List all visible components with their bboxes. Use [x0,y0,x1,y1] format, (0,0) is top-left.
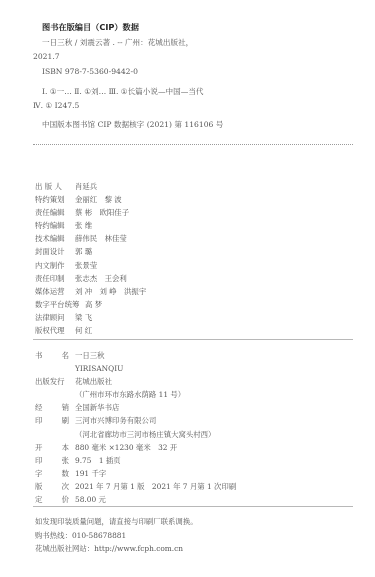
credit-value: 高 梦 [85,298,102,311]
credit-row: 数字平台统筹高 梦 [35,298,146,311]
info-row-printer-address: （河北省廊坊市三河市杨庄镇大窝头村西） [35,428,236,441]
info-row-edition: 版次2021 年 7 月第 1 版 2021 年 7 月第 1 次印刷 [35,480,236,493]
info-row-pinyin: YIRISANQIU [35,362,236,375]
info-label: 印 [35,454,42,467]
distributor: 全国新华书店 [75,401,119,414]
info-label: 刷 [62,414,69,427]
credit-row: 出 版 人肖延兵 [35,180,146,193]
info-row-publisher-address: （广州市环市东路水荫路 11 号） [35,388,236,401]
info-label: 定 [35,493,42,506]
credit-value: 张景莹 [75,259,97,272]
printed-sheets: 9.75 1 插页 [75,454,121,467]
format: 880 毫米 ×1230 毫米 32 开 [75,441,177,454]
credit-row: 版权代理何 红 [35,324,146,337]
footer-notes: 如发现印装质量问题，请直接与印刷厂联系调换。 购书热线：010-58678881… [35,515,198,556]
info-label: 书 [35,349,42,362]
credit-label: 技术编辑 [35,232,75,245]
credit-value: 肖延兵 [75,180,97,193]
price: 58.00 元 [75,493,106,506]
credit-value: 张志杰 王会利 [75,272,127,285]
cip-classification-2: Ⅳ. ① I247.5 [33,101,79,110]
info-row-format: 开本880 毫米 ×1230 毫米 32 开 [35,441,236,454]
credit-value: 刘 冲 刘 峥 洪振宇 [75,285,146,298]
info-row-publisher: 出版发行花城出版社 [35,375,236,388]
credit-row: 技术编辑薛伟民 林佳莹 [35,232,146,245]
publisher-address: （广州市环市东路水荫路 11 号） [75,388,185,401]
publisher-website: 花城出版社网站：http://www.fcph.com.cn [35,542,198,556]
copyright-page: 图书在版编目（CIP）数据 一日三秋 / 刘震云著 . -- 广州：花城出版社，… [0,0,375,577]
book-title: 一日三秋 [75,349,105,362]
info-label: 本 [62,441,69,454]
word-count: 191 千字 [75,467,106,480]
cip-title: 图书在版编目（CIP）数据 [42,22,139,33]
credit-row: 内文制作张景莹 [35,259,146,272]
credit-row: 特约编辑张 维 [35,219,146,232]
cip-line-1: 一日三秋 / 刘震云著 . -- 广州：花城出版社， [42,37,193,48]
publisher: 花城出版社 [75,375,112,388]
credit-label: 责任印制 [35,272,75,285]
credit-row: 责任印制张志杰 王会利 [35,272,146,285]
credit-label: 特约编辑 [35,219,75,232]
printer-address: （河北省廊坊市三河市杨庄镇大窝头村西） [75,428,215,441]
credit-label: 法律顾问 [35,311,75,324]
credits-list: 出 版 人肖延兵 特约策划金丽红 黎 波 责任编辑蔡 彬 欧阳佳子 特约编辑张 … [35,180,146,337]
info-label: 开 [35,441,42,454]
edition: 2021 年 7 月第 1 版 2021 年 7 月第 1 次印刷 [75,480,236,493]
cip-verify-number: 中国版本图书馆 CIP 数据核字 (2021) 第 116106 号 [42,119,223,130]
credit-row: 媒体运营刘 冲 刘 峥 洪振宇 [35,285,146,298]
cip-line-2: 2021.7 [33,52,60,61]
credit-label: 封面设计 [35,245,75,258]
info-row-price: 定价58.00 元 [35,493,236,506]
credit-value: 梁 飞 [75,311,92,324]
info-label: 销 [62,401,69,414]
info-row-printer: 印刷三河市兴博印务有限公司 [35,414,236,427]
dotted-divider [33,144,353,145]
credit-label: 特约策划 [35,193,75,206]
quality-notice: 如发现印装质量问题，请直接与印刷厂联系调换。 [35,515,198,529]
credit-value: 金丽红 黎 波 [75,193,122,206]
info-label: 版 [35,480,42,493]
credit-value: 薛伟民 林佳莹 [75,232,127,245]
credit-row: 责任编辑蔡 彬 欧阳佳子 [35,206,146,219]
book-title-pinyin: YIRISANQIU [75,362,123,375]
info-row-wordcount: 字数191 千字 [35,467,236,480]
cip-classification-1: Ⅰ. ①一… Ⅱ. ①刘… Ⅲ. ①长篇小说—中国—当代 [42,86,204,97]
info-label: 名 [62,349,69,362]
info-row-distributor: 经销全国新华书店 [35,401,236,414]
printer: 三河市兴博印务有限公司 [75,414,156,427]
info-label: 次 [62,480,69,493]
divider-bottom [33,506,353,507]
info-label: 印 [35,414,42,427]
credit-label: 责任编辑 [35,206,75,219]
credit-value: 张 维 [75,219,92,232]
info-label: 字 [35,467,42,480]
book-info-list: 书名一日三秋 YIRISANQIU 出版发行花城出版社 （广州市环市东路水荫路 … [35,349,236,506]
info-row-sheets: 印张9.75 1 插页 [35,454,236,467]
info-label: 出版发行 [35,375,65,388]
info-label: 经 [35,401,42,414]
credit-value: 蔡 彬 欧阳佳子 [75,206,129,219]
info-row-title: 书名一日三秋 [35,349,236,362]
credit-label: 内文制作 [35,259,75,272]
credit-label: 版权代理 [35,324,75,337]
purchase-hotline: 购书热线：010-58678881 [35,529,198,543]
credit-row: 法律顾问梁 飞 [35,311,146,324]
credit-row: 封面设计郭 璐 [35,245,146,258]
info-label: 价 [62,493,69,506]
credit-label: 出 版 人 [35,180,75,193]
info-label: 数 [62,467,69,480]
credit-row: 特约策划金丽红 黎 波 [35,193,146,206]
credit-value: 郭 璐 [75,245,92,258]
credit-value: 何 红 [75,324,92,337]
credit-label: 数字平台统筹 [35,298,85,311]
credit-label: 媒体运营 [35,285,75,298]
info-label: 张 [62,454,69,467]
cip-isbn: ISBN 978-7-5360-9442-0 [42,67,138,76]
divider-top [33,339,353,340]
